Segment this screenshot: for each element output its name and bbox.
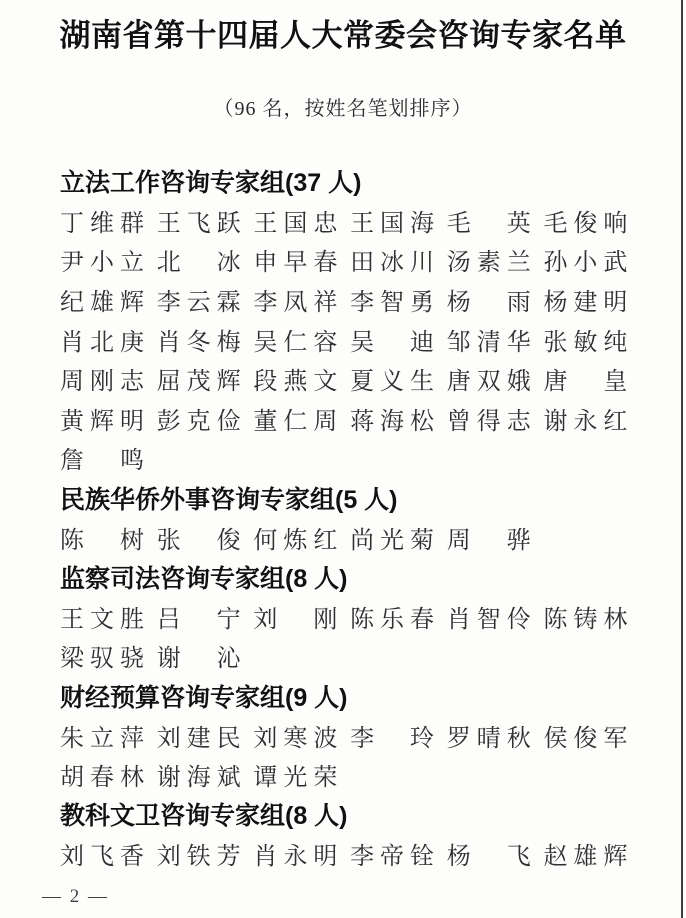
group-heading-line: 民族华侨外事咨询专家组(5 人) <box>60 478 642 518</box>
expert-name-grid: 黄辉明彭克俭董仁周蒋海松曾得志谢永红 <box>60 401 642 436</box>
expert-name-row: 刘飞香刘铁芳肖永明李帝铨杨 飞赵雄辉 <box>60 834 642 874</box>
page-right-border <box>681 0 683 918</box>
expert-name: 赵雄辉 <box>543 836 640 871</box>
expert-name: 刘铁芳 <box>157 836 254 871</box>
expert-name: 夏义生 <box>350 361 447 396</box>
expert-name: 孙小武 <box>543 242 640 277</box>
expert-name-grid: 王文胜吕 宁刘 刚陈乐春肖智伶陈铸林 <box>60 599 642 634</box>
expert-name: 毛 英 <box>447 203 544 238</box>
expert-name: 何炼红 <box>253 520 350 555</box>
group-heading: 教科文卫咨询专家组(8 人) <box>60 796 348 832</box>
expert-name: 曾得志 <box>447 401 544 436</box>
expert-name: 唐双娥 <box>447 361 544 396</box>
expert-name-grid: 詹 鸣 <box>60 440 642 475</box>
expert-name: 刘 刚 <box>253 599 350 634</box>
expert-name: 谭光荣 <box>253 757 350 792</box>
expert-name: 段燕文 <box>253 361 350 396</box>
expert-name-grid: 胡春林谢海斌谭光荣 <box>60 757 642 792</box>
expert-name: 肖智伶 <box>447 599 544 634</box>
expert-name: 蒋海松 <box>350 401 447 436</box>
expert-list-content: 立法工作咨询专家组(37 人)丁维群王飞跃王国忠王国海毛 英毛俊响尹小立北 冰申… <box>60 161 642 874</box>
expert-name: 谢海斌 <box>157 757 254 792</box>
document-subtitle: （96 名，按姓名笔划排序） <box>0 92 686 121</box>
expert-name: 李 玲 <box>350 718 447 753</box>
expert-name-row: 尹小立北 冰申早春田冰川汤素兰孙小武 <box>60 240 642 280</box>
expert-name: 李智勇 <box>350 282 447 317</box>
expert-name: 彭克俭 <box>157 401 254 436</box>
expert-name-row: 詹 鸣 <box>60 438 642 478</box>
expert-name: 王文胜 <box>60 599 157 634</box>
expert-name-grid: 尹小立北 冰申早春田冰川汤素兰孙小武 <box>60 242 642 277</box>
expert-name-row: 朱立萍刘建民刘寒波李 玲罗晴秋侯俊军 <box>60 715 642 755</box>
expert-name: 周刚志 <box>60 361 157 396</box>
expert-name: 王飞跃 <box>157 203 254 238</box>
expert-name: 陈乐春 <box>350 599 447 634</box>
expert-name: 汤素兰 <box>447 242 544 277</box>
expert-name: 吴仁容 <box>253 322 350 357</box>
expert-name-grid: 陈 树张 俊何炼红尚光菊周 骅 <box>60 520 642 555</box>
expert-name: 刘建民 <box>157 718 254 753</box>
expert-name: 朱立萍 <box>60 718 157 753</box>
expert-name: 刘飞香 <box>60 836 157 871</box>
group-heading-line: 立法工作咨询专家组(37 人) <box>60 161 642 201</box>
expert-name-row: 黄辉明彭克俭董仁周蒋海松曾得志谢永红 <box>60 399 642 439</box>
expert-name: 李凤祥 <box>253 282 350 317</box>
expert-name: 申早春 <box>253 242 350 277</box>
expert-name: 周 骅 <box>447 520 544 555</box>
expert-name-grid: 肖北庚肖冬梅吴仁容吴 迪邹清华张敏纯 <box>60 322 642 357</box>
expert-name-row: 胡春林谢海斌谭光荣 <box>60 755 642 795</box>
expert-name: 罗晴秋 <box>447 718 544 753</box>
group-heading-line: 财经预算咨询专家组(9 人) <box>60 676 642 716</box>
group-heading: 监察司法咨询专家组(8 人) <box>60 559 348 595</box>
expert-name: 谢 沁 <box>157 638 254 673</box>
expert-name: 毛俊响 <box>543 203 640 238</box>
expert-name: 王国海 <box>350 203 447 238</box>
expert-name: 陈 树 <box>60 520 157 555</box>
group-heading: 民族华侨外事咨询专家组(5 人) <box>60 480 398 516</box>
expert-name-row: 周刚志屈茂辉段燕文夏义生唐双娥唐 皇 <box>60 359 642 399</box>
group-heading: 财经预算咨询专家组(9 人) <box>60 678 348 714</box>
expert-name-grid: 梁驭骁谢 沁 <box>60 638 642 673</box>
group-heading-line: 监察司法咨询专家组(8 人) <box>60 557 642 597</box>
expert-name: 刘寒波 <box>253 718 350 753</box>
expert-name: 董仁周 <box>253 401 350 436</box>
expert-name-row: 肖北庚肖冬梅吴仁容吴 迪邹清华张敏纯 <box>60 319 642 359</box>
page-number: — 2 — <box>42 886 109 908</box>
document-title: 湖南省第十四届人大常委会咨询专家名单 <box>0 10 686 55</box>
expert-name: 吴 迪 <box>350 322 447 357</box>
expert-name: 侯俊军 <box>543 718 640 753</box>
expert-name: 李云霖 <box>157 282 254 317</box>
expert-name: 肖北庚 <box>60 322 157 357</box>
group-heading-line: 教科文卫咨询专家组(8 人) <box>60 795 642 835</box>
expert-name: 肖永明 <box>253 836 350 871</box>
expert-name: 张敏纯 <box>543 322 640 357</box>
expert-name: 张 俊 <box>157 520 254 555</box>
expert-name: 陈铸林 <box>543 599 640 634</box>
expert-name-row: 丁维群王飞跃王国忠王国海毛 英毛俊响 <box>60 201 642 241</box>
expert-name-row: 陈 树张 俊何炼红尚光菊周 骅 <box>60 517 642 557</box>
expert-name-row: 纪雄辉李云霖李凤祥李智勇杨 雨杨建明 <box>60 280 642 320</box>
expert-name: 邹清华 <box>447 322 544 357</box>
expert-name-row: 梁驭骁谢 沁 <box>60 636 642 676</box>
expert-name: 肖冬梅 <box>157 322 254 357</box>
expert-name: 尹小立 <box>60 242 157 277</box>
expert-name: 梁驭骁 <box>60 638 157 673</box>
expert-name: 田冰川 <box>350 242 447 277</box>
expert-name: 吕 宁 <box>157 599 254 634</box>
expert-name: 屈茂辉 <box>157 361 254 396</box>
expert-name: 李帝铨 <box>350 836 447 871</box>
expert-name: 詹 鸣 <box>60 440 157 475</box>
expert-name-grid: 朱立萍刘建民刘寒波李 玲罗晴秋侯俊军 <box>60 718 642 753</box>
document-page: 湖南省第十四届人大常委会咨询专家名单 （96 名，按姓名笔划排序） 立法工作咨询… <box>0 0 686 918</box>
expert-name: 谢永红 <box>543 401 640 436</box>
expert-name-row: 王文胜吕 宁刘 刚陈乐春肖智伶陈铸林 <box>60 597 642 637</box>
expert-name: 杨 飞 <box>447 836 544 871</box>
expert-name: 杨 雨 <box>447 282 544 317</box>
expert-name: 胡春林 <box>60 757 157 792</box>
expert-name-grid: 丁维群王飞跃王国忠王国海毛 英毛俊响 <box>60 203 642 238</box>
expert-name: 唐 皇 <box>543 361 640 396</box>
expert-name: 王国忠 <box>253 203 350 238</box>
expert-name: 尚光菊 <box>350 520 447 555</box>
expert-name: 北 冰 <box>157 242 254 277</box>
expert-name: 杨建明 <box>543 282 640 317</box>
expert-name-grid: 刘飞香刘铁芳肖永明李帝铨杨 飞赵雄辉 <box>60 836 642 871</box>
expert-name: 纪雄辉 <box>60 282 157 317</box>
expert-name-grid: 纪雄辉李云霖李凤祥李智勇杨 雨杨建明 <box>60 282 642 317</box>
group-heading: 立法工作咨询专家组(37 人) <box>60 163 361 199</box>
expert-name: 黄辉明 <box>60 401 157 436</box>
expert-name: 丁维群 <box>60 203 157 238</box>
expert-name-grid: 周刚志屈茂辉段燕文夏义生唐双娥唐 皇 <box>60 361 642 396</box>
